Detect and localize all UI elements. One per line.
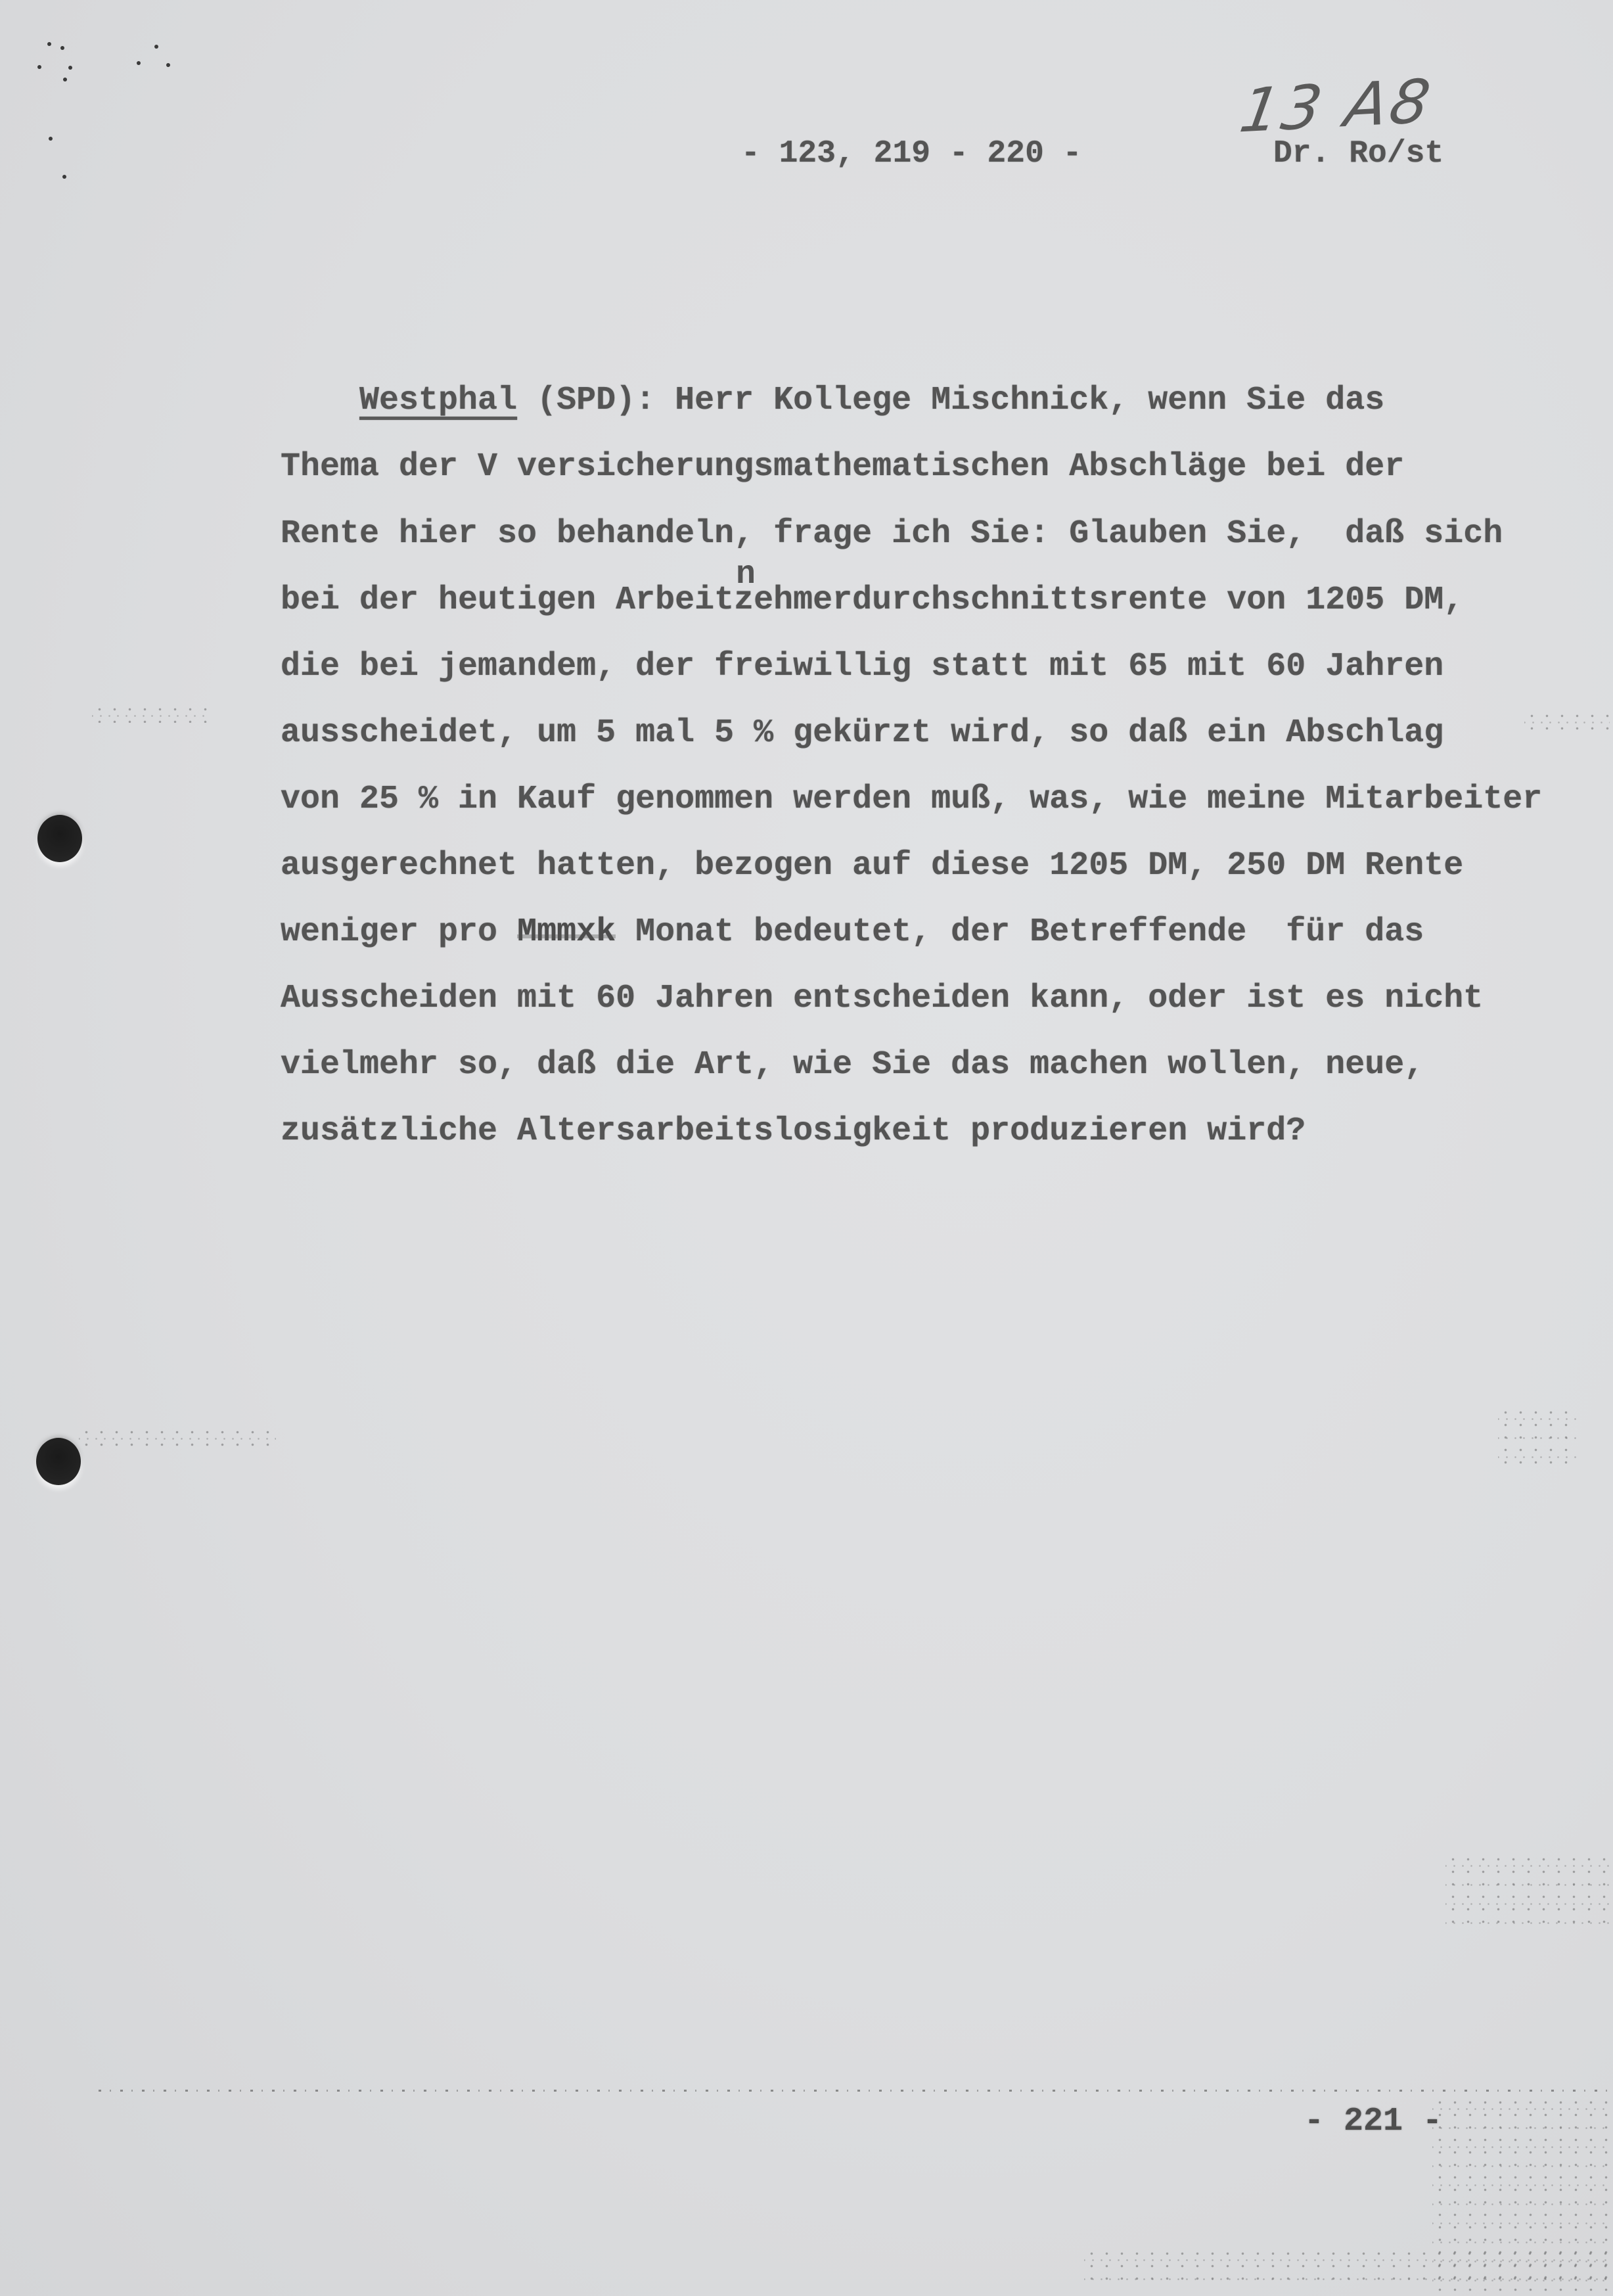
transcript-line: vielmehr so, daß die Art, wie Sie das ma…: [281, 1049, 1424, 1082]
interlinear-correction: n: [736, 559, 756, 591]
scan-speck: [154, 45, 158, 49]
transcript-line: von 25 % in Kauf genommen werden muß, wa…: [281, 783, 1542, 816]
transcript-line: zusätzliche Altersarbeitslosigkeit produ…: [281, 1115, 1306, 1148]
struck-out-word: Mmmxk: [517, 916, 616, 949]
scan-speck: [62, 175, 66, 179]
scan-noise: [99, 2090, 1610, 2092]
transcript-body: Westphal (SPD): Herr Kollege Mischnick, …: [281, 0, 1562, 1183]
punch-hole: [37, 815, 82, 862]
line-text: Monat bedeutet, der Betreffende für das: [616, 913, 1424, 951]
transcript-line: Westphal (SPD): Herr Kollege Mischnick, …: [281, 384, 1384, 417]
scanned-document-page: 13 A8 - 123, 219 - 220 - Dr. Ro/st Westp…: [0, 0, 1613, 2296]
scan-speck: [166, 63, 170, 67]
scan-noise: [1445, 1853, 1610, 1932]
speaker-name: Westphal: [359, 382, 517, 419]
scan-speck: [137, 61, 141, 65]
scan-speck: [49, 137, 53, 141]
transcript-line: ausscheidet, um 5 mal 5 % gekürzt wird, …: [281, 717, 1443, 750]
transcript-line: Thema der V versicherungsmathematischen …: [281, 451, 1404, 484]
scan-noise: [92, 703, 210, 723]
scan-noise: [79, 1426, 276, 1452]
transcript-line: Ausscheiden mit 60 Jahren entscheiden ka…: [281, 982, 1483, 1015]
scan-speck: [47, 42, 51, 46]
page-number: - 221 -: [1304, 2103, 1442, 2140]
scan-noise: [1084, 2247, 1610, 2287]
transcript-line: weniger pro Mmmxk Monat bedeutet, der Be…: [281, 916, 1424, 949]
transcript-line: die bei jemandem, der freiwillig statt m…: [281, 651, 1443, 683]
transcript-line: bei der heutigen Arbeitzehmerdurchschnit…: [281, 584, 1463, 617]
punch-hole: [36, 1438, 81, 1485]
transcript-line: ausgerechnet hatten, bezogen auf diese 1…: [281, 850, 1463, 883]
scan-noise: [1498, 1406, 1577, 1465]
scan-speck: [63, 78, 67, 81]
line-text: (SPD): Herr Kollege Mischnick, wenn Sie …: [517, 382, 1384, 419]
scan-speck: [68, 66, 72, 70]
scan-speck: [60, 46, 64, 50]
scan-noise: [1524, 710, 1610, 736]
indent: [281, 382, 359, 419]
scan-speck: [37, 65, 41, 69]
transcript-line: Rente hier so behandeln, frage ich Sie: …: [281, 518, 1503, 551]
line-text: weniger pro: [281, 913, 517, 951]
